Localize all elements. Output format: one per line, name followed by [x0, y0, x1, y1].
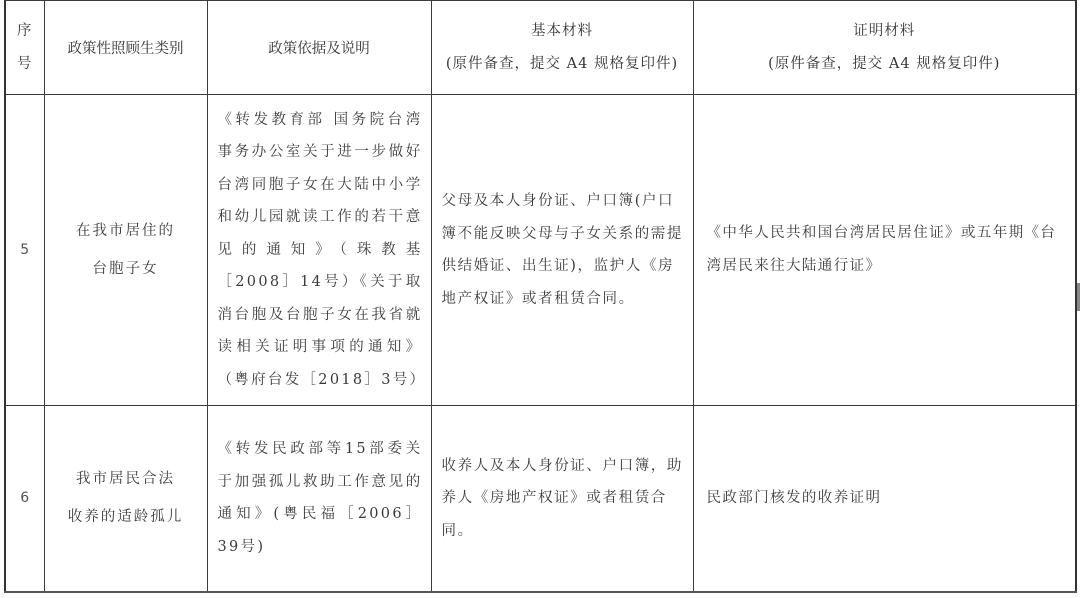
row-category-line1: 我市居民合法 — [45, 460, 207, 498]
header-basis: 政策依据及说明 — [207, 1, 431, 95]
row-basic-materials: 父母及本人身份证、户口簿(户口簿不能反映父母与子女关系的需提供结婚证、出生证)，… — [431, 95, 693, 406]
header-proof-materials: 证明材料 (原件备查，提交 A4 规格复印件) — [693, 1, 1076, 95]
policy-care-students-table: 序 号 政策性照顾生类别 政策依据及说明 基本材料 (原件备查，提交 A4 规格… — [4, 0, 1077, 593]
row-basis: 《转发教育部 国务院台湾事务办公室关于进一步做好台湾同胞子女在大陆中小学和幼儿园… — [207, 95, 431, 406]
header-seq-line1: 序 — [6, 15, 44, 48]
header-proof-materials-note: (原件备查，提交 A4 规格复印件) — [694, 48, 1076, 81]
header-proof-materials-title: 证明材料 — [694, 15, 1076, 48]
row-category-line2: 收养的适龄孤儿 — [45, 498, 207, 536]
header-seq-line2: 号 — [6, 48, 44, 81]
header-category: 政策性照顾生类别 — [44, 1, 207, 95]
table-row: 6 我市居民合法 收养的适龄孤儿 《转发民政部等15部委关于加强孤儿救助工作意见… — [5, 406, 1076, 592]
row-seq: 6 — [5, 406, 44, 592]
row-category: 在我市居住的 台胞子女 — [44, 95, 207, 406]
header-basic-materials: 基本材料 (原件备查，提交 A4 规格复印件) — [431, 1, 693, 95]
row-proof-materials: 民政部门核发的收养证明 — [693, 406, 1076, 592]
row-seq: 5 — [5, 95, 44, 406]
row-basic-materials: 收养人及本人身份证、户口簿，助养人《房地产权证》或者租赁合同。 — [431, 406, 693, 592]
row-category-line2: 台胞子女 — [45, 250, 207, 288]
table-row: 5 在我市居住的 台胞子女 《转发教育部 国务院台湾事务办公室关于进一步做好台湾… — [5, 95, 1076, 406]
row-proof-materials: 《中华人民共和国台湾居民居住证》或五年期《台湾居民来往大陆通行证》 — [693, 95, 1076, 406]
header-basic-materials-note: (原件备查，提交 A4 规格复印件) — [432, 48, 693, 81]
row-category: 我市居民合法 收养的适龄孤儿 — [44, 406, 207, 592]
row-category-line1: 在我市居住的 — [45, 212, 207, 250]
table-header-row: 序 号 政策性照顾生类别 政策依据及说明 基本材料 (原件备查，提交 A4 规格… — [5, 1, 1076, 95]
header-seq: 序 号 — [5, 1, 44, 95]
header-basic-materials-title: 基本材料 — [432, 15, 693, 48]
row-basis: 《转发民政部等15部委关于加强孤儿救助工作意见的通知》(粤民福［2006］39号… — [207, 406, 431, 592]
